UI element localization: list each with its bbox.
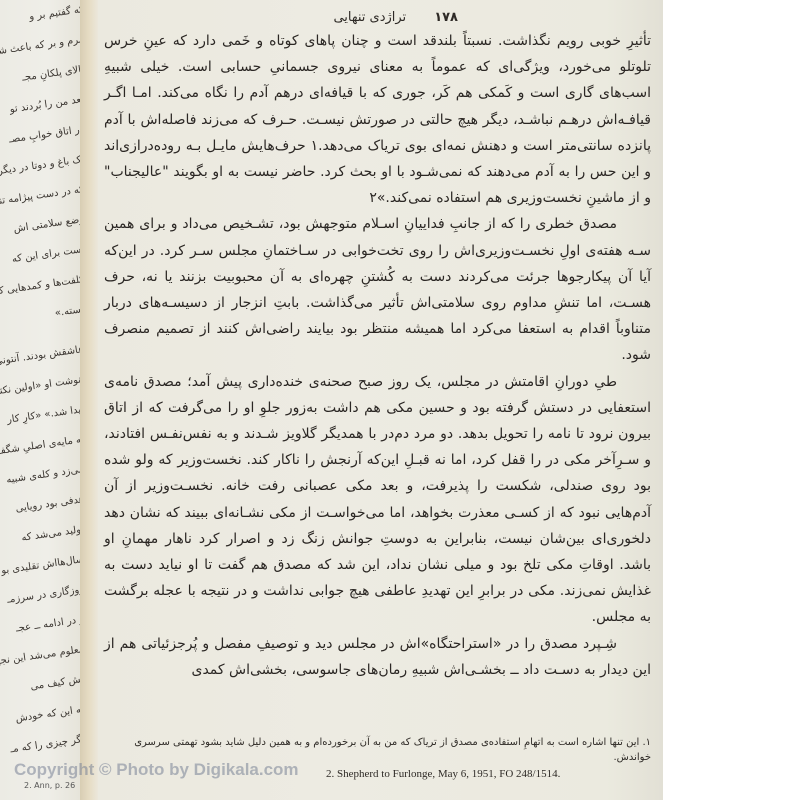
- left-page-line: بالای پلکانِ مجـ: [0, 64, 80, 97]
- facing-left-page: که گفتیم بر و مرم و بر که باعث شد حس بال…: [0, 0, 80, 800]
- left-page-footnote: 2. Ann, p. 26: [24, 781, 75, 790]
- left-page-line: است برای این که: [0, 244, 80, 277]
- page-number: ۱۷۸: [434, 10, 458, 25]
- paragraph: طیِ دورانِ اقامتش در مجلس، یک روز صبح صح…: [104, 369, 651, 631]
- left-page-line: وضع سلامتی اش: [0, 214, 80, 247]
- left-page-line: بنوشت او «اولین نکته: [0, 374, 80, 407]
- running-header: ۱۷۸ تراژدی تنهایی: [333, 10, 458, 25]
- left-page-line: هدفی بود رو‌یایی: [0, 494, 80, 527]
- left-page-line: پیدا شد.» «کارِ کار: [0, 404, 80, 437]
- body-text: تأثیرِ خوبی رویم نگذاشت. نسبتاً بلندقد ا…: [104, 28, 651, 683]
- background-beyond-page: [663, 0, 800, 800]
- left-page-line: سال‌هااش تقلیدی بو: [0, 554, 80, 587]
- left-page-line: که گفتیم بر و: [0, 4, 80, 37]
- left-page-line: بسته.»: [0, 304, 80, 337]
- left-page-line: در اتاق خوابِ مصـ: [0, 124, 80, 157]
- left-page-line: و در ادامه ــ عجـ: [0, 614, 80, 647]
- left-page-line: کلفت‌ها و کمدهایی که: [0, 274, 80, 307]
- left-page-line: معلوم می‌شد این نجیب: [0, 644, 80, 677]
- paragraph: تأثیرِ خوبی رویم نگذاشت. نسبتاً بلندقد ا…: [104, 28, 651, 211]
- left-page-line: به این که خودش: [0, 704, 80, 737]
- left-page-line: یک باغ و دوتا در دیگر: [0, 154, 80, 187]
- left-page-line: می‌زد و کله‌ی شبیه: [0, 464, 80, 497]
- left-page-line: بعد من را بُردند تو: [0, 94, 80, 127]
- book-gutter: [80, 0, 98, 800]
- left-page-line: لش کیف می: [0, 674, 80, 707]
- left-page-line: مرم و بر که باعث شد حس: [0, 34, 80, 67]
- running-title: تراژدی تنهایی: [333, 10, 406, 25]
- copyright-watermark: Copyright © Photo by Digikala.com: [14, 760, 299, 780]
- left-page-line: به مایه‌ی اصلیِ شگفـ: [0, 434, 80, 467]
- left-page-line: که در دست پیژامه تنـ: [0, 184, 80, 217]
- left-page-line: تولید می‌شد که: [0, 524, 80, 557]
- left-page-line: عاشقش بودند. آنتونی: [0, 344, 80, 377]
- paragraph: شِـپرد مصدق را در «استراحتگاه»اش در مجلس…: [104, 631, 651, 683]
- book-page: ۱۷۸ تراژدی تنهایی تأثیرِ خوبی رویم نگذاش…: [98, 0, 663, 800]
- left-page-line: روزگاری در سرزمـ: [0, 584, 80, 617]
- paragraph: مصدق خطری را که از جانبِ فداییانِ اسـلام…: [104, 211, 651, 368]
